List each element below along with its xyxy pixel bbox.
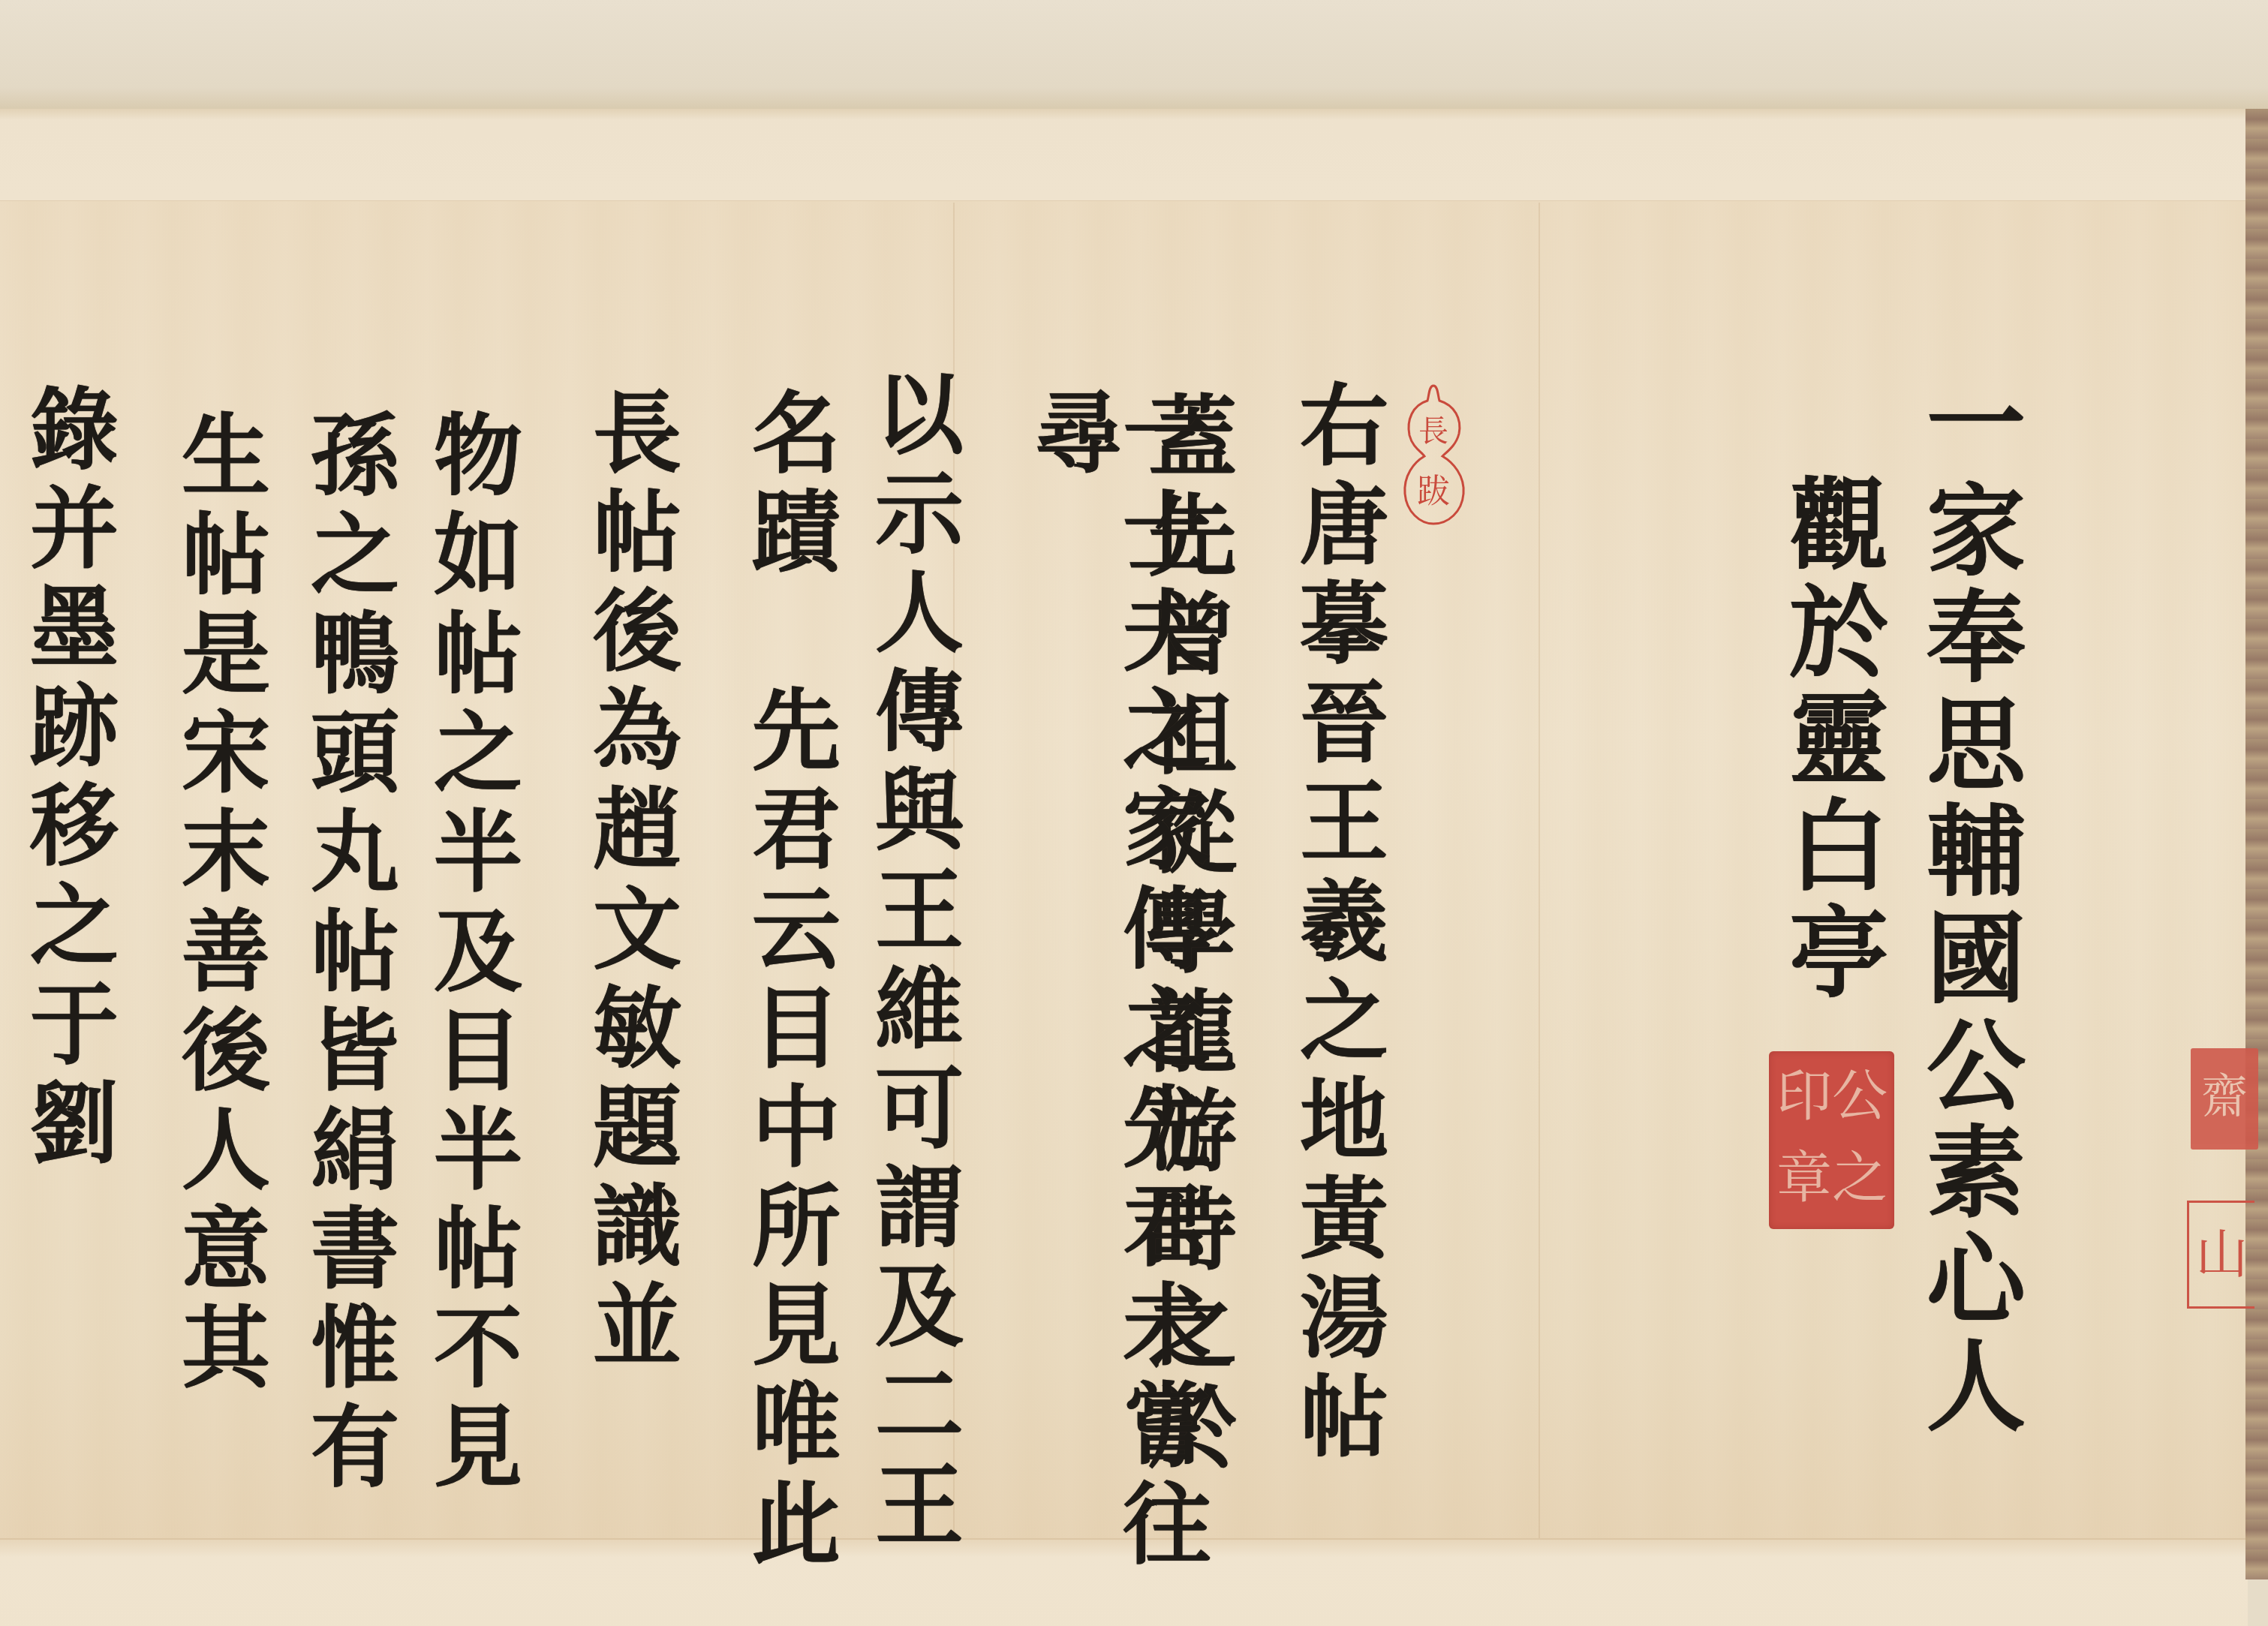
seal-glyph: 之	[1832, 1141, 1887, 1222]
colophon-column-4: 以示人傳與王維可謂及二王	[868, 368, 956, 1558]
colophon-column-10: 錄并墨跡移之于劉	[23, 383, 111, 1176]
seal-glyph: 齋	[2191, 1048, 2258, 1146]
inscription-second-column: 觀於靈白亭	[1780, 473, 1879, 1008]
edge-seal-top: 齋	[2191, 1048, 2258, 1150]
colophon-column-1: 右唐摹晉王羲之地黃湯帖	[1292, 379, 1381, 1470]
gourd-seal: 長 跋	[1399, 383, 1468, 527]
inscription-large-column: 一家奉思輔國公素心人	[1918, 371, 2017, 1441]
seal-glyph: 跋	[1417, 473, 1450, 511]
seal-glyph: 印	[1776, 1059, 1832, 1141]
mount-top-border	[0, 0, 2268, 109]
colophon-column-7: 物如帖之半及目半帖不見	[426, 409, 515, 1500]
colophon-column-3: 一士夫之家傳之先君未嘗往尋	[1027, 386, 1204, 1626]
edge-seal-bottom: 山	[2187, 1201, 2254, 1309]
square-seal: 印 公 章 之	[1769, 1051, 1894, 1229]
seal-glyph: 公	[1832, 1059, 1887, 1141]
seal-glyph: 山	[2189, 1203, 2254, 1306]
colophon-column-6: 長帖後為趙文敏題識並	[585, 386, 674, 1378]
colophon-column-8: 孫之鴨頭丸帖皆絹書惟有	[303, 409, 392, 1500]
brocade-edge	[2245, 109, 2268, 1579]
mount-inner-top-strip	[0, 109, 2248, 202]
paper-crease	[1539, 203, 1540, 1538]
colophon-column-5: 名蹟 先君云目中所見唯此	[744, 386, 833, 1576]
colophon-column-9: 生帖是宋末善後人意其	[174, 409, 263, 1401]
seal-glyph: 長	[1418, 414, 1448, 449]
seal-glyph: 章	[1776, 1141, 1832, 1222]
